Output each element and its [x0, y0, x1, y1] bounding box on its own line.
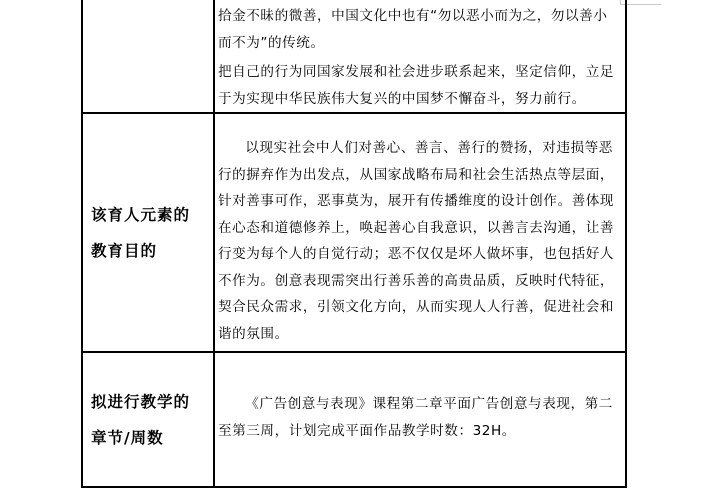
row-label-cell: [82, 0, 214, 113]
course-info-table: 拾金不昧的微善，中国文化中也有“勿以恶小而为之，勿以善小而不为”的传统。 把自己…: [81, 0, 627, 488]
content-paragraph: 以现实社会中人们对善心、善言、善行的赞扬，对违损等恶行的摒弃作为出发点，从国家战…: [215, 114, 625, 347]
content-paragraph: 把自己的行为同国家发展和社会进步联系起来，坚定信仰，立足于为实现中华民族伟大复兴…: [215, 56, 625, 112]
row-label-cell: 拟进行教学的 章节/周数: [82, 352, 214, 487]
content-paragraph: 《广告创意与表现》课程第二章平面广告创意与表现，第二至第三周，计划完成平面作品教…: [215, 391, 625, 448]
row-label-line: 教育目的: [91, 233, 213, 269]
row-label-line: 拟进行教学的: [91, 384, 213, 420]
row-content-cell: 《广告创意与表现》课程第二章平面广告创意与表现，第二至第三周，计划完成平面作品教…: [214, 352, 626, 487]
table-row-education-goal: 该育人元素的 教育目的 以现实社会中人们对善心、善言、善行的赞扬，对违损等恶行的…: [82, 113, 626, 352]
table-row-continued: 拾金不昧的微善，中国文化中也有“勿以恶小而为之，勿以善小而不为”的传统。 把自己…: [82, 0, 626, 113]
row-content-cell: 拾金不昧的微善，中国文化中也有“勿以恶小而为之，勿以善小而不为”的传统。 把自己…: [214, 0, 626, 113]
row-label-line: 章节/周数: [91, 420, 213, 456]
row-label-line: 该育人元素的: [91, 197, 213, 233]
row-label-cell: 该育人元素的 教育目的: [82, 113, 214, 352]
content-paragraph: 拾金不昧的微善，中国文化中也有“勿以恶小而为之，勿以善小而不为”的传统。: [215, 0, 625, 56]
table-row-chapter-weeks: 拟进行教学的 章节/周数 《广告创意与表现》课程第二章平面广告创意与表现，第二至…: [82, 352, 626, 487]
row-content-cell: 以现实社会中人们对善心、善言、善行的赞扬，对违损等恶行的摒弃作为出发点，从国家战…: [214, 113, 626, 352]
